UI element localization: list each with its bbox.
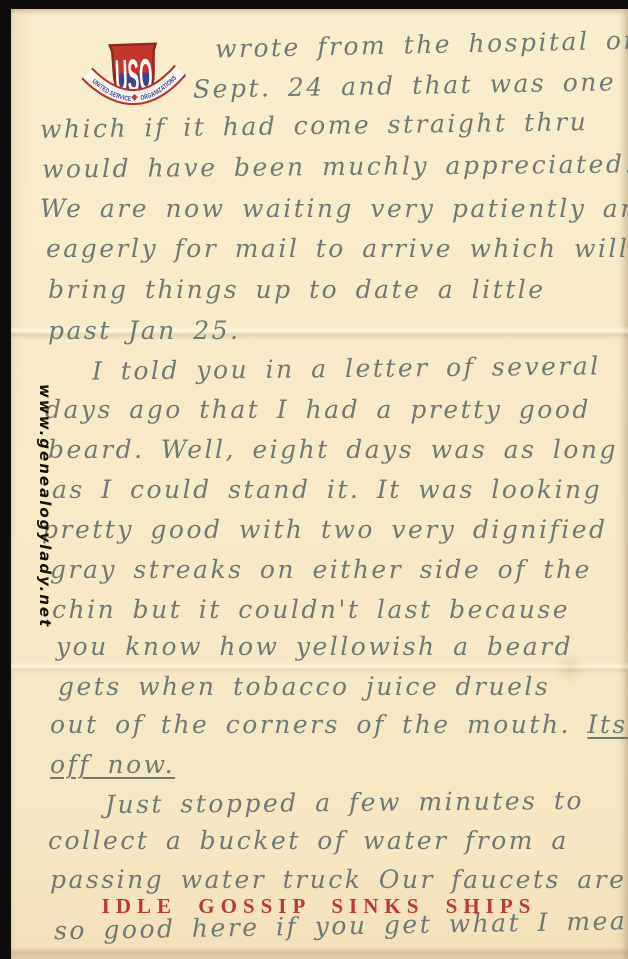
letter-line: gets when tobacco juice druels	[58, 672, 550, 701]
letter-line: pretty good with two very dignified	[42, 515, 608, 544]
watermark-url: www.genealogylady.net	[36, 384, 54, 628]
letter-paper: USO UNITED SERVICE ORGANIZATIONS wrote f…	[10, 8, 628, 959]
letter-line: as I could stand it. It was looking	[52, 475, 602, 504]
letter-line: collect a bucket of water from a	[48, 826, 569, 855]
letter-line: beard. Well, eight days was as long	[48, 435, 618, 464]
letter-line: Sept. 24 and that was one	[193, 67, 617, 103]
letter-line: which if it had come straight thru	[40, 107, 589, 144]
letter-line: eagerly for mail to arrive which will	[46, 234, 628, 263]
letter-line: Just stopped a few minutes to	[105, 786, 584, 819]
scan-edge-left	[0, 0, 11, 959]
paper-fold-crease	[10, 947, 628, 959]
letter-line: would have been muchly appreciated.	[42, 149, 628, 183]
letter-line: past Jan 25.	[48, 316, 240, 345]
scan-edge-top	[0, 0, 628, 9]
letter-line: out of the corners of the mouth. Its	[50, 710, 628, 739]
letter-line: chin but it couldn't last because	[52, 595, 570, 624]
letter-line: passing water truck Our faucets aren't	[50, 865, 628, 894]
letter-line: you know how yellowish a beard	[56, 632, 573, 661]
letter-line: wrote from the hospital on	[215, 26, 628, 64]
letter-line: I told you in a letter of several	[92, 351, 601, 385]
letter-line: off now.	[50, 750, 175, 779]
letter-line: days ago that I had a pretty good	[45, 395, 591, 424]
letter-line: We are now waiting very patiently and	[40, 194, 628, 223]
letter-line: gray streaks on either side of the	[50, 555, 592, 584]
letter-line: bring things up to date a little	[48, 275, 546, 304]
